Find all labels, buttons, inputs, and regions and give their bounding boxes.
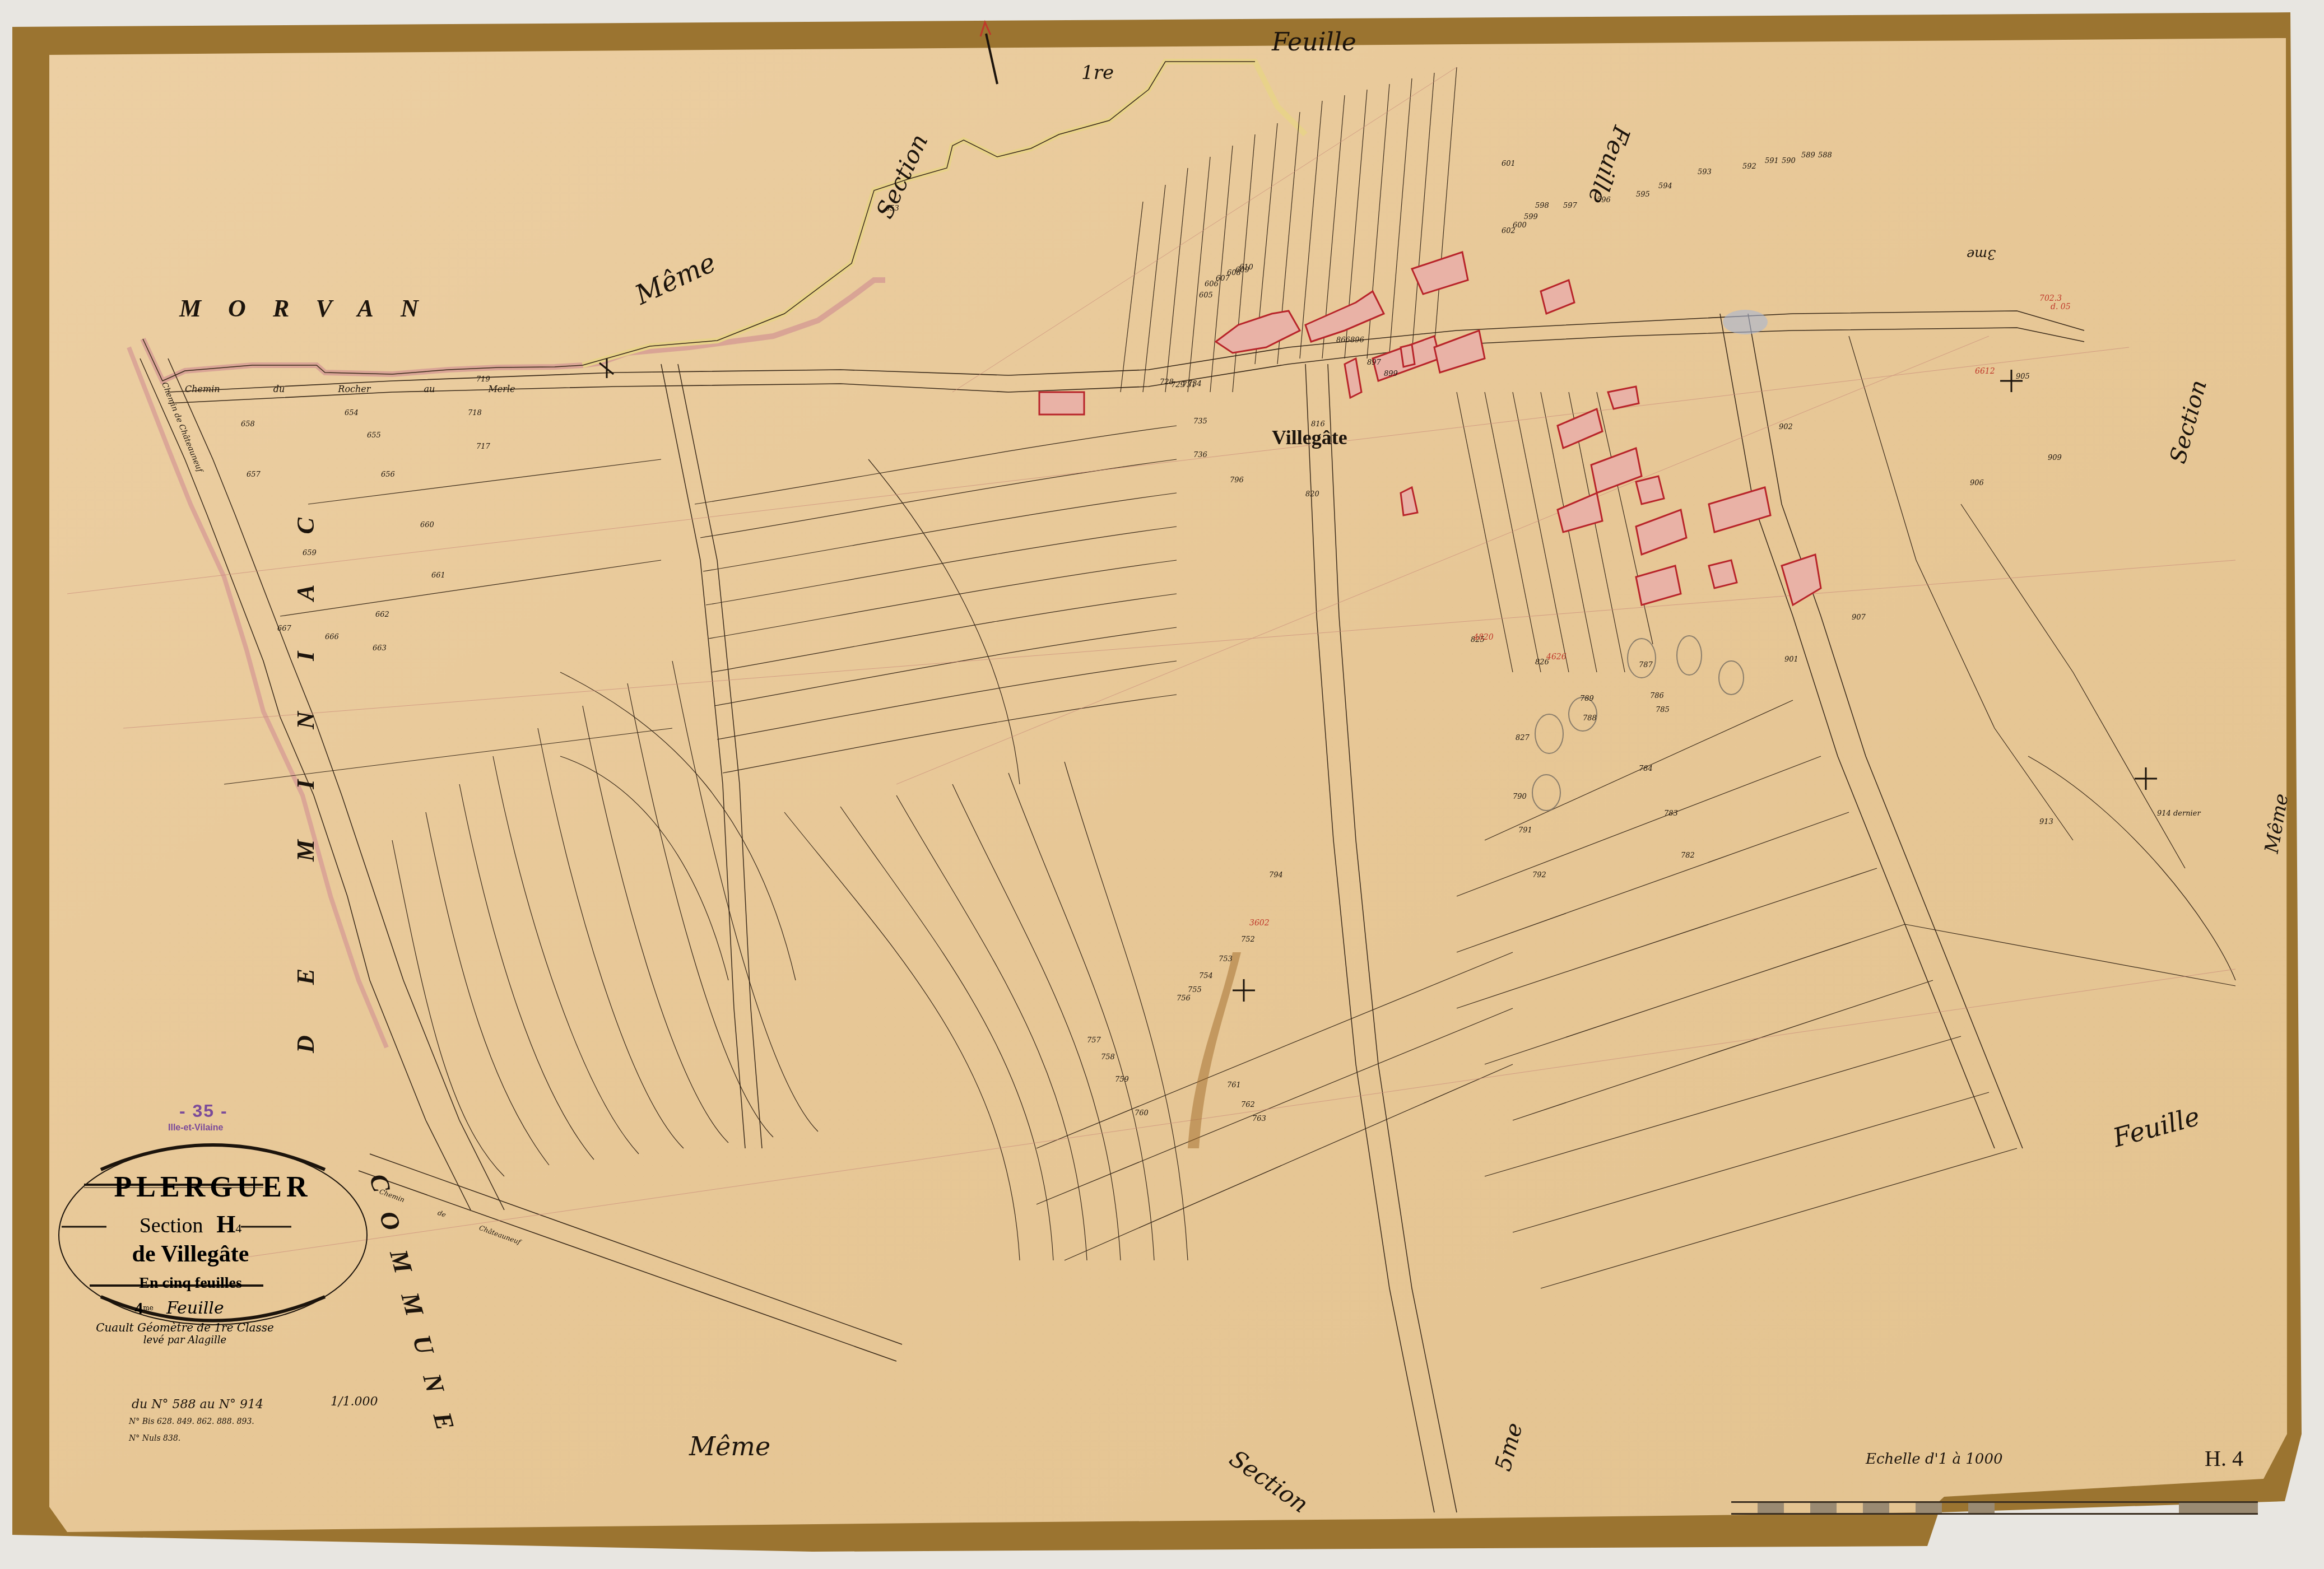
scale-text: Echelle d'1 à 1000 — [1866, 1451, 2003, 1468]
parcel-number: 896 — [1350, 336, 1364, 344]
label-meme-south: Même — [689, 1431, 770, 1461]
parcel-number: 663 — [373, 644, 387, 653]
parcel-number: 794 — [1269, 871, 1283, 879]
survey-measurement: 702.3 — [2039, 294, 2062, 303]
parcel-number: 784 — [1639, 765, 1653, 773]
parcel-number: 785 — [1656, 706, 1670, 714]
section-label: Section H4 — [34, 1210, 347, 1239]
parcel-number: 789 — [1580, 695, 1594, 703]
map-canvas — [0, 0, 2324, 1569]
parcel-number: 599 — [1524, 213, 1538, 221]
title-cartouche: PLERGUER Section H4 de Villegâte En cinq… — [56, 1148, 370, 1333]
parcel-number: 734 — [1188, 380, 1202, 388]
parcel-number: 902 — [1779, 423, 1793, 431]
parcel-number: 907 — [1852, 613, 1866, 622]
parcel-number: 796 — [1230, 476, 1244, 485]
parcel-number: 790 — [1513, 793, 1527, 801]
parcel-number: 596 — [1597, 196, 1611, 204]
parcel-number: 906 — [1970, 479, 1984, 487]
parcels-null: N° Nuls 838. — [129, 1434, 180, 1443]
sheets-total: En cinq feuilles — [34, 1274, 347, 1292]
parcel-number: 667 — [277, 625, 291, 633]
survey-measurement: 3602 — [1249, 919, 1270, 928]
parcel-number: 762 — [1241, 1101, 1255, 1109]
parcel-number: 655 — [367, 431, 381, 440]
label-1re: 1re — [1081, 62, 1114, 84]
parcel-number: 758 — [1101, 1053, 1115, 1061]
parcel-number: 597 — [1563, 202, 1577, 210]
parcel-number: 763 — [1252, 1115, 1266, 1123]
parcel-number: 590 — [1782, 157, 1796, 165]
parcel-number: 753 — [1219, 955, 1233, 963]
parcel-number: 660 — [420, 521, 434, 529]
parcel-number: 816 — [1311, 420, 1325, 429]
survey-measurement: d. 05 — [2051, 302, 2071, 311]
parcel-number: 735 — [1193, 417, 1207, 426]
surveyor-line-1: Cuault Géomètre de 1re Classe — [28, 1321, 342, 1334]
road-chemin-rocher: Chemin du Rocher au Merle — [185, 384, 515, 394]
parcel-number: 756 — [1177, 994, 1191, 1003]
parcel-number: 593 — [1698, 168, 1712, 176]
archive-stamp-number: - 35 - — [179, 1101, 228, 1121]
graphic-scale-bar — [1731, 1501, 2258, 1515]
parcel-number: 661 — [431, 571, 445, 580]
parcel-number: 659 — [303, 549, 317, 557]
survey-measurement: 4820 — [1474, 633, 1494, 642]
parcel-number: 761 — [1227, 1081, 1241, 1090]
parcel-number: 754 — [1199, 972, 1213, 980]
village-label-villegate: Villegâte — [1272, 426, 1347, 449]
parcel-number: 598 — [1535, 202, 1549, 210]
parcel-number: 589 — [1801, 151, 1815, 160]
parcel-number: 718 — [468, 409, 482, 417]
cadastral-map-sheet: PLERGUER Section H4 de Villegâte En cinq… — [0, 0, 2324, 1569]
survey-measurement: 6612 — [1975, 367, 1995, 376]
parcel-number: 820 — [1305, 490, 1319, 499]
pond — [1723, 310, 1768, 334]
parcel-number: 605 — [1199, 291, 1213, 300]
parcel-number: 610 — [1239, 263, 1253, 272]
parcel-number: 897 — [1367, 359, 1381, 367]
surveyor-line-2: levé par Alagille — [28, 1334, 342, 1346]
parcel-number: 759 — [1115, 1076, 1129, 1084]
parcel-number: 914 dernier — [2157, 809, 2201, 818]
parcel-number: 905 — [2016, 373, 2030, 381]
parcel-number: 719 — [476, 375, 490, 384]
parcel-number: 658 — [241, 420, 255, 429]
parcel-number: 913 — [2039, 818, 2053, 826]
parcel-number: 909 — [2048, 454, 2062, 462]
parcel-number: 657 — [247, 471, 261, 479]
parcel-number: 791 — [1518, 826, 1532, 835]
parcel-number: 788 — [1583, 714, 1597, 723]
parcel-number: 592 — [1742, 162, 1756, 171]
parcel-number: 792 — [1532, 871, 1546, 879]
parcel-number: 752 — [1241, 935, 1255, 944]
parcel-number: 760 — [1135, 1109, 1149, 1118]
parcel-number: 666 — [325, 633, 339, 641]
parcel-number: 901 — [1784, 655, 1798, 664]
paper — [49, 38, 2287, 1532]
parcel-number: 653 — [885, 204, 899, 213]
archive-stamp-department: Ille-et-Vilaine — [168, 1123, 223, 1133]
parcel-number: 656 — [381, 471, 395, 479]
label-morvan: MORVAN — [179, 294, 445, 323]
section-code: H — [216, 1210, 235, 1238]
sheet-number: 4me Feuille — [22, 1298, 336, 1318]
parcel-number: 602 — [1502, 227, 1516, 235]
parcel-number: 654 — [345, 409, 359, 417]
parcel-number: 755 — [1188, 986, 1202, 994]
parcel-number: 787 — [1639, 661, 1653, 669]
parcel-number: 717 — [476, 443, 490, 451]
commune-title: PLERGUER — [90, 1171, 336, 1204]
sheet-code: H. 4 — [2205, 1445, 2243, 1472]
parcel-number: 783 — [1664, 809, 1678, 818]
parcel-number: 601 — [1502, 160, 1516, 168]
parcel-number: 866 — [1336, 336, 1350, 344]
parcel-number: 786 — [1650, 692, 1664, 700]
parcel-number: 736 — [1193, 451, 1207, 459]
parcel-number: 662 — [375, 611, 389, 619]
section-name: de Villegâte — [34, 1241, 347, 1268]
parcel-range: du N° 588 au N° 914 — [132, 1398, 263, 1412]
label-feuille-north: Feuille — [1272, 28, 1356, 57]
parcel-number: 899 — [1384, 370, 1398, 378]
parcels-bis: N° Bis 628. 849. 862. 888. 893. — [129, 1417, 254, 1426]
survey-measurement: 4626 — [1546, 653, 1567, 662]
parcel-number: 595 — [1636, 190, 1650, 199]
parcel-number: 757 — [1087, 1036, 1101, 1045]
parcel-number: 591 — [1765, 157, 1779, 165]
parcel-number: 594 — [1658, 182, 1672, 190]
parcel-number: 588 — [1818, 151, 1832, 160]
scale-fraction: 1/1.000 — [331, 1395, 378, 1409]
parcel-number: 782 — [1681, 851, 1695, 860]
parcel-number: 827 — [1516, 734, 1530, 742]
label-3me: 3me — [1967, 246, 1996, 262]
